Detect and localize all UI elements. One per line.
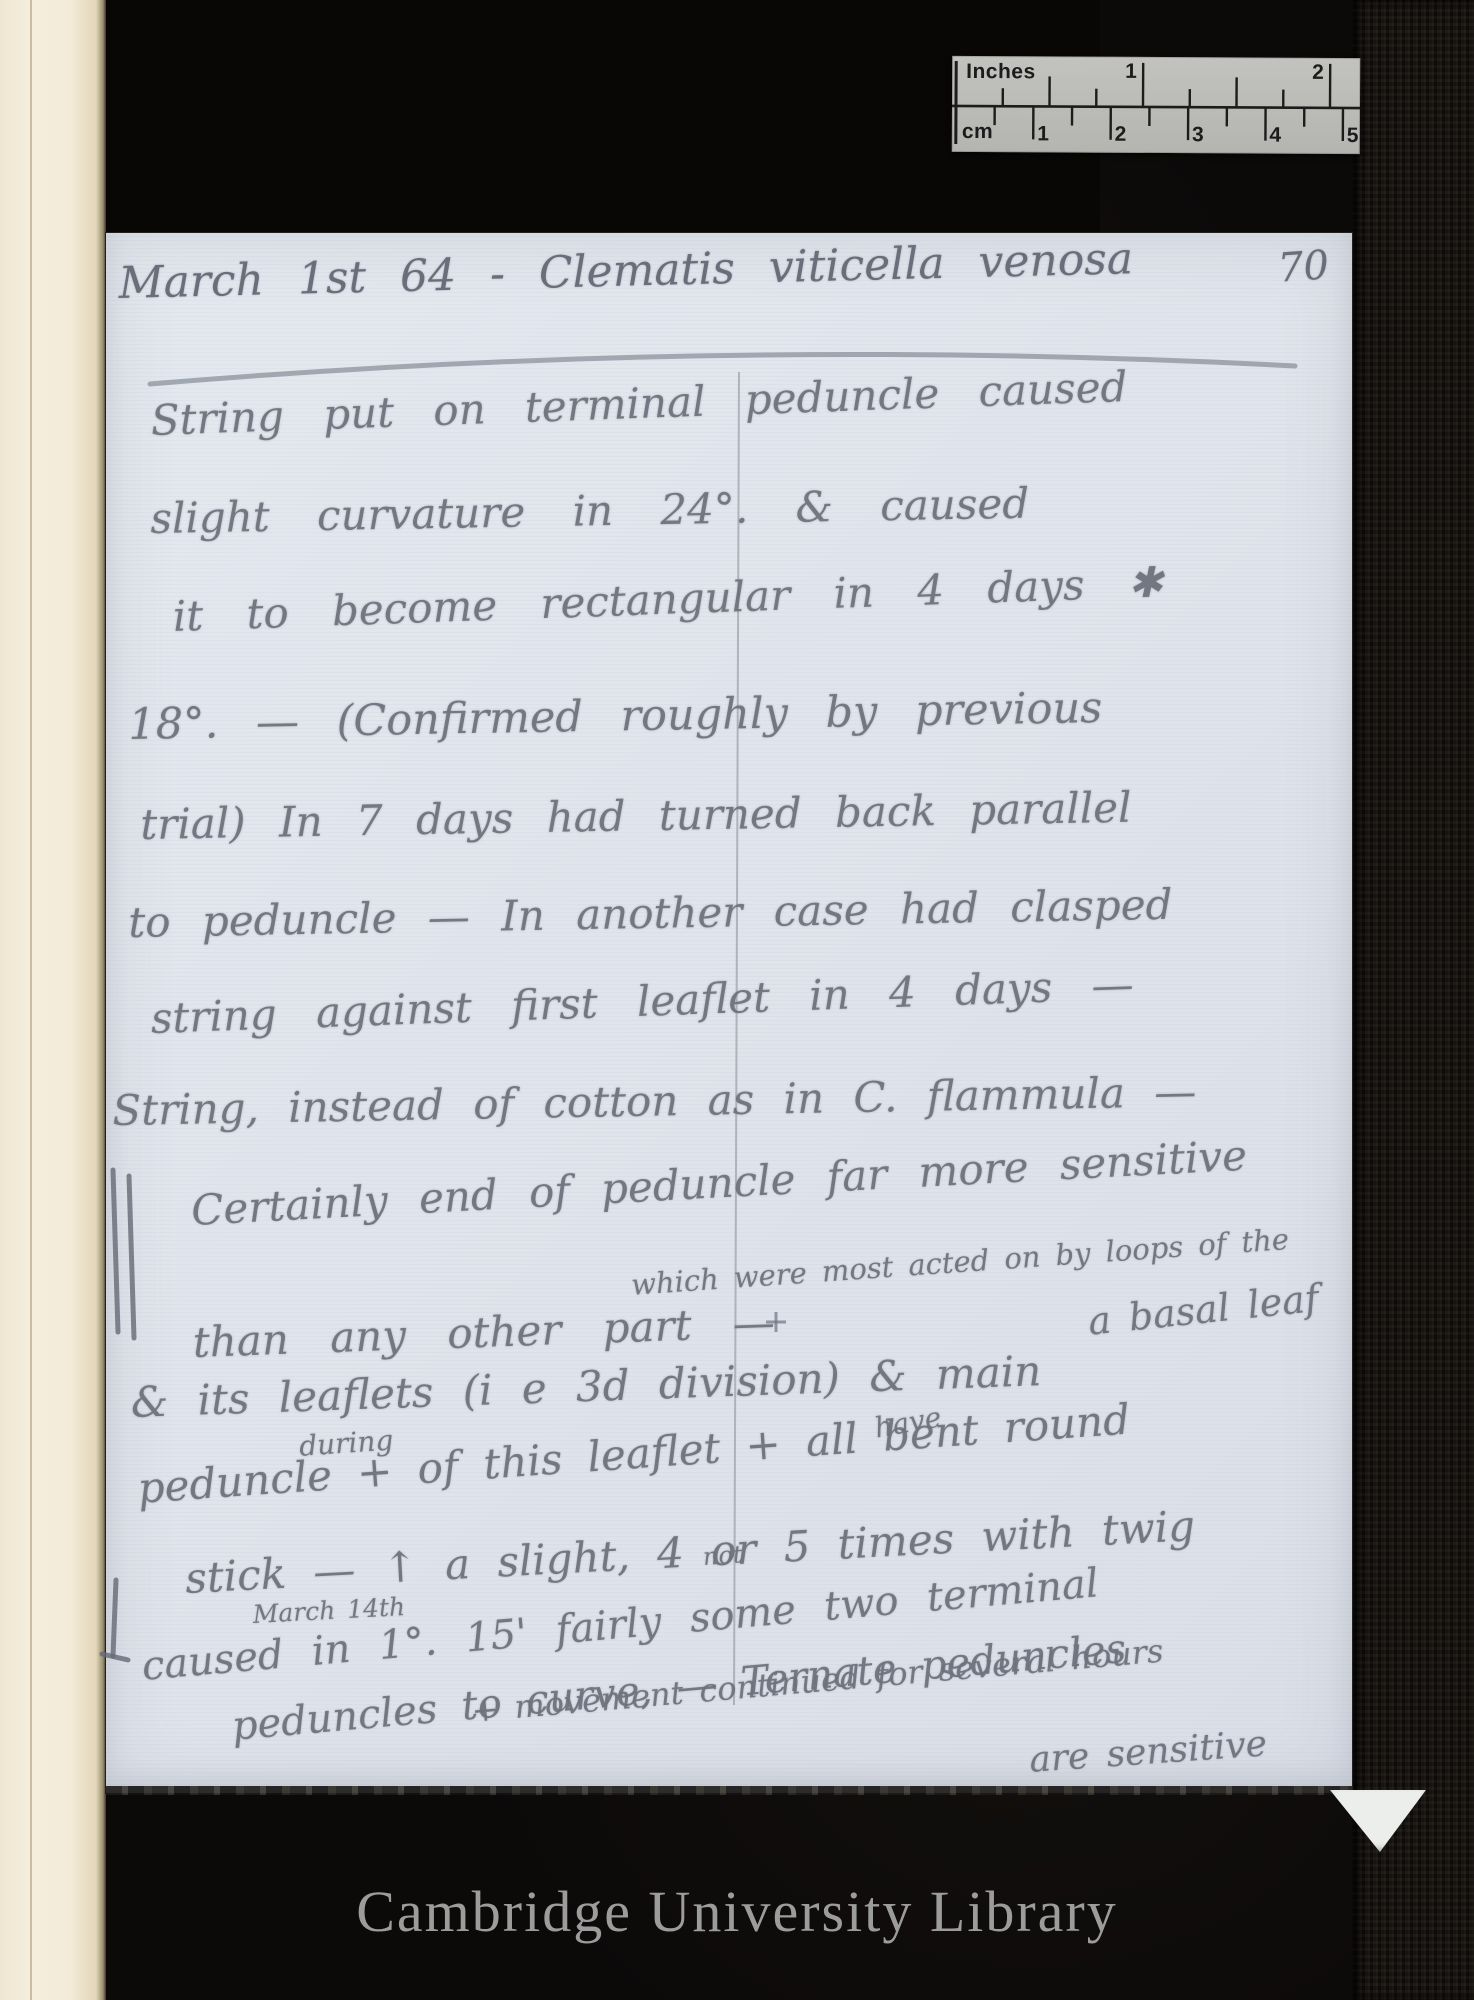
library-watermark: Cambridge University Library [356,1878,1118,1945]
ruler-inch-number: 2 [1312,61,1324,85]
fabric-panel-right [1352,0,1474,2000]
ruler-cm-number: 3 [1192,123,1204,147]
book-edge-crease [30,0,32,2000]
measurement-ruler: Inches cm 1212345 [952,56,1360,154]
ruler-inches-label: Inches [966,60,1036,84]
ruler-cm-number: 1 [1037,122,1049,146]
page-number: 70 [1276,242,1330,291]
black-backing-top [95,0,1100,233]
ruler-cm-label: cm [962,120,993,144]
ruler-cm-number: 5 [1347,124,1359,148]
scanned-document-stage: Inches cm 1212345 70 March 1st 64 - Clem… [0,0,1474,2000]
ruler-cm-number: 2 [1115,123,1127,147]
ruler-inch-number: 1 [1125,60,1137,84]
book-fore-edge-strip [0,0,106,2000]
paper-torn-bottom-edge [106,1786,1352,1795]
ruler-cm-number: 4 [1269,124,1281,148]
